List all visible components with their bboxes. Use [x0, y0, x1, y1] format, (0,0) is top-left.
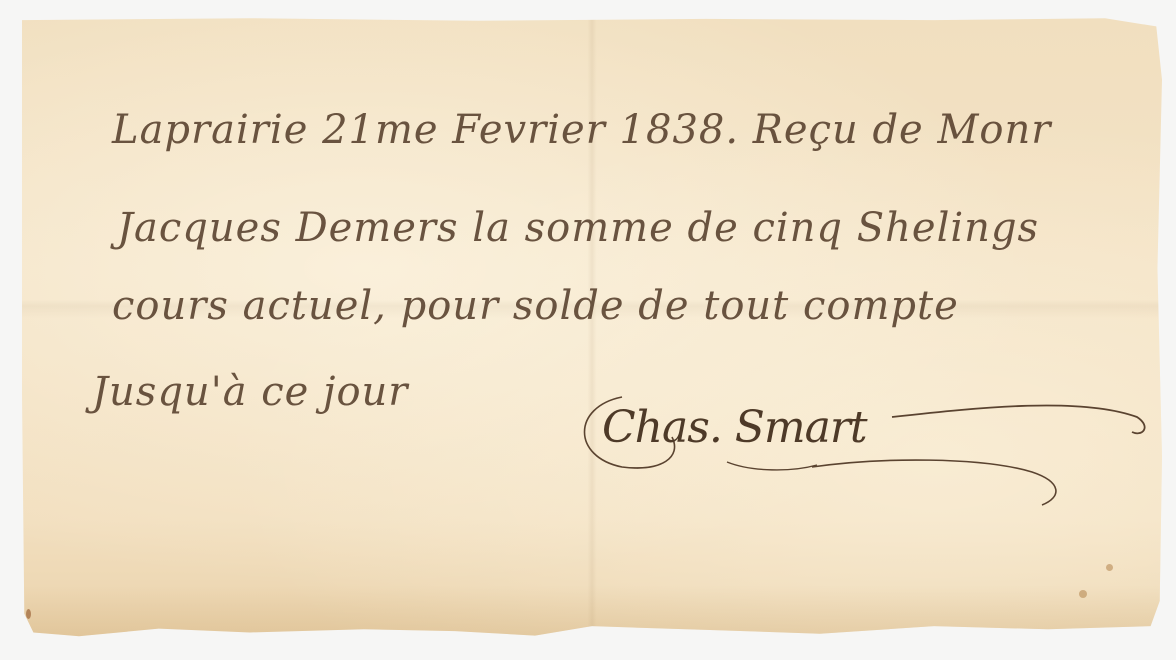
- stain-spot: [1079, 590, 1087, 598]
- receipt-line-4: Jusqu'à ce jour: [92, 369, 408, 415]
- stain-spot: [633, 640, 639, 646]
- signature: Chas. Smart: [602, 402, 867, 453]
- receipt-line-2: Jacques Demers la somme de cinq Shelings: [117, 205, 1039, 251]
- receipt-line-1: Laprairie 21me Fevrier 1838. Reçu de Mon…: [112, 107, 1051, 153]
- stain-spot: [26, 609, 31, 619]
- receipt-paper: Laprairie 21me Fevrier 1838. Reçu de Mon…: [22, 17, 1162, 645]
- stain-spot: [1106, 564, 1113, 571]
- receipt-line-3: cours actuel, pour solde de tout compte: [112, 283, 959, 329]
